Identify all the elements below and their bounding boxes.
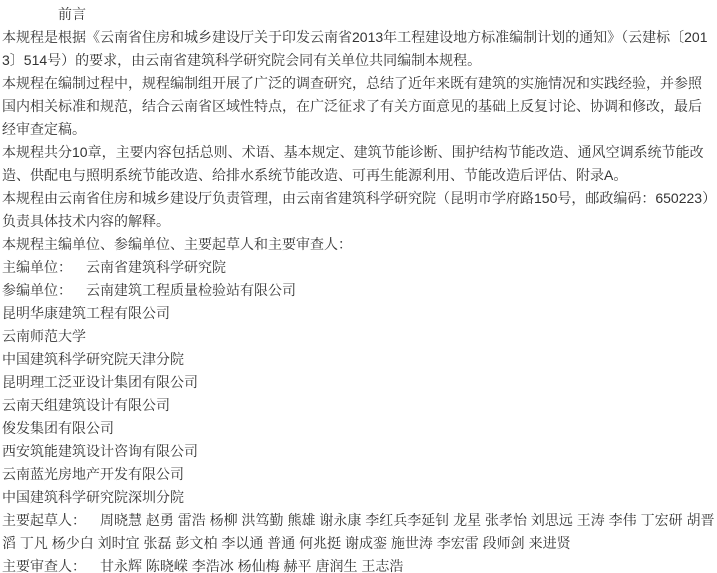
- participating-unit: 中国建筑科学研究院天津分院: [2, 348, 715, 371]
- drafters-names: 周晓慧 赵勇 雷浩 杨柳 洪笃勤 熊雄 谢永康 李红兵李延钊 龙星 张孝怡 刘思…: [2, 512, 714, 551]
- participating-unit: 云南师范大学: [2, 325, 715, 348]
- participating-units-label: 参编单位：: [2, 282, 72, 298]
- chief-unit-value: 云南省建筑科学研究院: [86, 259, 226, 275]
- paragraph-drafting-process: 本规程在编制过程中，规程编制组开展了广泛的调查研究，总结了近年来既有建筑的实施情…: [2, 72, 715, 141]
- participating-units-row: 参编单位：云南建筑工程质量检验站有限公司: [2, 279, 715, 302]
- paragraph-management: 本规程由云南省住房和城乡建设厅负责管理，由云南省建筑科学研究院（昆明市学府路15…: [2, 187, 715, 233]
- participating-unit: 俊发集团有限公司: [2, 417, 715, 440]
- reviewers-label: 主要审查人：: [2, 558, 86, 573]
- chief-unit-row: 主编单位：云南省建筑科学研究院: [2, 256, 715, 279]
- chief-unit-label: 主编单位：: [2, 259, 72, 275]
- participating-unit: 云南天组建筑设计有限公司: [2, 394, 715, 417]
- paragraph-units-intro: 本规程主编单位、参编单位、主要起草人和主要审查人：: [2, 233, 715, 256]
- preface-document: 前言 本规程是根据《云南省住房和城乡建设厅关于印发云南省2013年工程建设地方标…: [0, 0, 717, 573]
- reviewers-row: 主要审查人：甘永辉 陈晓嵘 李浩冰 杨仙梅 赫平 唐润生 王志浩: [2, 555, 715, 573]
- drafters-row: 主要起草人：周晓慧 赵勇 雷浩 杨柳 洪笃勤 熊雄 谢永康 李红兵李延钊 龙星 …: [2, 509, 715, 555]
- participating-unit: 中国建筑科学研究院深圳分院: [2, 486, 715, 509]
- participating-unit: 昆明理工泛亚设计集团有限公司: [2, 371, 715, 394]
- drafters-label: 主要起草人：: [2, 512, 86, 528]
- participating-unit: 昆明华康建筑工程有限公司: [2, 302, 715, 325]
- reviewers-names: 甘永辉 陈晓嵘 李浩冰 杨仙梅 赫平 唐润生 王志浩: [100, 558, 403, 573]
- participating-unit: 云南建筑工程质量检验站有限公司: [86, 282, 296, 298]
- participating-unit: 云南蓝光房地产开发有限公司: [2, 463, 715, 486]
- paragraph-chapters: 本规程共分10章，主要内容包括总则、术语、基本规定、建筑节能诊断、围护结构节能改…: [2, 141, 715, 187]
- paragraph-basis: 本规程是根据《云南省住房和城乡建设厅关于印发云南省2013年工程建设地方标准编制…: [2, 26, 715, 72]
- participating-unit: 西安筑能建筑设计咨询有限公司: [2, 440, 715, 463]
- preface-heading: 前言: [2, 3, 715, 26]
